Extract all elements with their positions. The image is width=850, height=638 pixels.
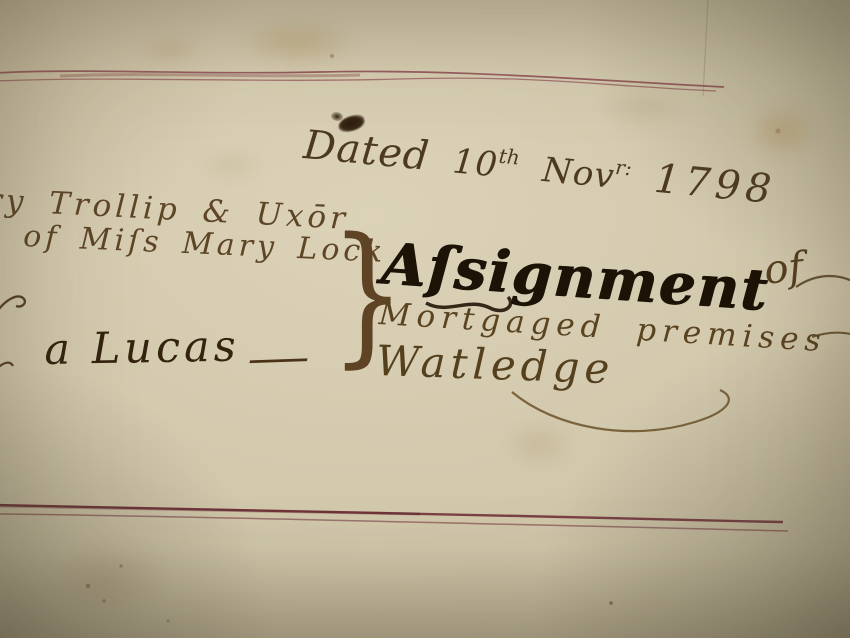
foxing-speck — [776, 129, 781, 134]
clipped-letter-fragment — [0, 296, 25, 316]
ink-strokes-layer — [0, 0, 850, 638]
foxing-speck — [609, 601, 613, 605]
parchment-crease — [703, 0, 708, 96]
title-underline-flourish — [426, 297, 511, 311]
foxing-speck — [119, 564, 122, 567]
foxing-speck — [102, 599, 106, 603]
ruled-line-top-smudge — [60, 75, 360, 76]
photograph-of-deed-docket: Dated 10th Novr: 1798 ry Trollip & Uxōr … — [0, 0, 850, 638]
watledge-flourish — [512, 390, 729, 431]
foxing-speck — [167, 620, 170, 623]
at-crossbar-flourish — [812, 333, 850, 337]
clipped-letter-fragment — [0, 363, 13, 372]
ruled-line-bottom — [0, 514, 788, 531]
foxing-speck — [330, 54, 334, 58]
of-flourish — [796, 276, 850, 287]
foxing-speck — [86, 584, 90, 588]
ruled-line-bottom-smudge — [0, 506, 420, 514]
